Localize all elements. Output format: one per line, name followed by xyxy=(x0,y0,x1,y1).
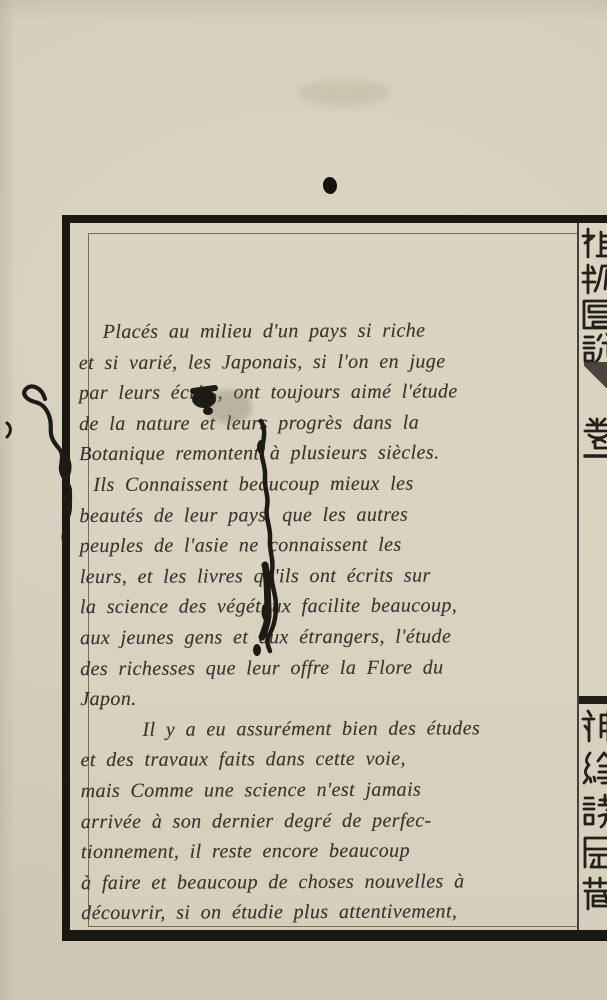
manuscript-line: peuples de l'asie ne connaissent les xyxy=(80,529,572,562)
manuscript-line: des richesses que leur offre la Flore du xyxy=(80,651,572,684)
kanji-colophon-glyph xyxy=(581,876,607,912)
kanji-colophon-glyph xyxy=(581,708,607,744)
kanji-colophon-glyph xyxy=(581,750,607,786)
manuscript-line: mais Comme une science n'est jamais xyxy=(81,774,573,807)
kanji-colophon-glyph xyxy=(581,834,607,870)
manuscript-line: leurs, et les livres qu'ils ont écrits s… xyxy=(80,560,572,593)
manuscript-line: et si varié, les Japonais, si l'on en ju… xyxy=(79,346,571,379)
kanji-colophon-glyph xyxy=(581,792,607,828)
manuscript-line: découvrir, si on étudie plus attentiveme… xyxy=(81,896,573,929)
scanned-manuscript-page: { "manuscript": { "language": "French", … xyxy=(0,0,607,1000)
kanji-title-glyph xyxy=(581,297,607,333)
kanji-title-glyph xyxy=(581,262,607,298)
manuscript-line: et des travaux faits dans cette voie, xyxy=(81,743,573,776)
printed-divider-bar xyxy=(579,696,607,704)
margin-column-separator xyxy=(577,223,579,930)
manuscript-line: Ils Connaissent beaucoup mieux les xyxy=(79,468,571,501)
manuscript-line: Japon. xyxy=(80,682,572,715)
kanji-title-glyph xyxy=(581,226,607,262)
manuscript-line: arrivée à son dernier degré de perfec- xyxy=(81,804,573,837)
printed-corner-wedge xyxy=(584,362,607,388)
manuscript-line: Placés au milieu d'un pays si riche xyxy=(79,315,571,348)
manuscript-line: Il y a eu assurément bien des études xyxy=(80,713,572,746)
manuscript-line: tionnement, il reste encore beaucoup xyxy=(81,835,573,868)
manuscript-line: la science des végétaux facilite beaucou… xyxy=(80,590,572,623)
manuscript-line: par leurs écrits, ont toujours aimé l'ét… xyxy=(79,376,571,409)
kanji-volume-glyph xyxy=(581,450,607,462)
manuscript-line: de la nature et leurs progrès dans la xyxy=(79,407,571,440)
ink-smudge-mark xyxy=(206,390,252,424)
kanji-volume-glyph xyxy=(581,416,607,452)
paper-stain xyxy=(298,80,390,106)
manuscript-line: beautés de leur pays, que les autres xyxy=(79,498,571,531)
manuscript-line: Botanique remontent à plusieurs siècles. xyxy=(79,437,571,470)
manuscript-text-block: Placés au milieu d'un pays si riche et s… xyxy=(79,315,574,929)
ink-comma-mark xyxy=(7,423,10,437)
manuscript-line: à faire et beaucoup de choses nouvelles … xyxy=(81,866,573,899)
ink-dot-mark xyxy=(322,176,338,194)
manuscript-line: aux jeunes gens et aux étrangers, l'étud… xyxy=(80,621,572,654)
